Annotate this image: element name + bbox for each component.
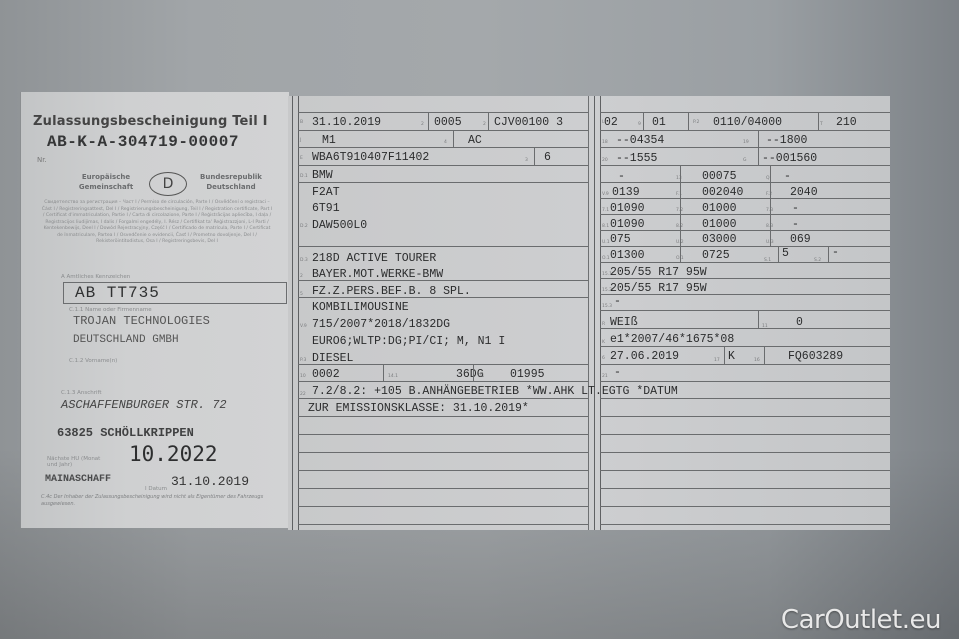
issue-date: 31.10.2019 <box>171 474 249 489</box>
rule <box>298 246 588 247</box>
rule <box>600 262 890 263</box>
rule <box>600 294 890 295</box>
rule <box>643 112 644 130</box>
rule <box>298 112 588 113</box>
owner-note: C.4c Der Inhaber der Zulassungsbescheini… <box>41 494 281 508</box>
license-plate: AB TT735 <box>75 284 160 302</box>
length: --04354 <box>616 134 664 147</box>
drive-axles: 01 <box>652 116 666 129</box>
rule <box>298 381 588 382</box>
drive-noise: 069 <box>790 233 811 246</box>
rule <box>534 147 535 165</box>
rule <box>600 165 890 166</box>
field-code: 9 <box>638 122 641 127</box>
max-speed: 210 <box>836 116 857 129</box>
caroutlet-watermark: CarOutlet.eu <box>781 605 941 635</box>
rule <box>298 165 588 166</box>
cert-letter: K <box>728 350 735 363</box>
country-oval-icon: D <box>149 172 187 196</box>
version: DAW500L0 <box>312 219 367 232</box>
remarks-line1: 7.2/8.2: +105 B.ANHÄNGEBETRIEB *WW.AHK L… <box>312 385 678 398</box>
rule <box>600 506 890 507</box>
trade-name: 218D ACTIVE TOURER <box>312 252 436 265</box>
field-code: E <box>300 156 303 161</box>
rule <box>600 381 890 382</box>
rule <box>473 364 474 381</box>
rule <box>383 364 384 381</box>
rule <box>600 524 890 525</box>
rule <box>600 328 890 329</box>
rule <box>600 96 601 530</box>
field-code: 16 <box>754 358 760 363</box>
field-code: R <box>602 322 605 327</box>
field-code: P.3 <box>300 358 306 363</box>
field-code: 2 <box>421 122 424 127</box>
date-label: I Datum <box>145 486 167 492</box>
vin: WBA6T910407F11402 <box>312 151 429 164</box>
rule <box>428 112 429 130</box>
firstname-label: C.1.2 Vorname(n) <box>69 358 117 364</box>
rule <box>298 434 588 435</box>
approval-date: 27.06.2019 <box>610 350 679 363</box>
field-code: 10 <box>300 374 306 379</box>
field-code: P.2 <box>693 120 699 125</box>
body-type: KOMBILIMOUSINE <box>312 301 409 314</box>
field-code: V.9 <box>602 192 609 197</box>
rule <box>778 246 779 262</box>
sound-rpm: 03000 <box>702 233 737 246</box>
rule <box>600 416 890 417</box>
document-number: AB-K-A-304719-00007 <box>47 133 239 151</box>
field-code: O.1 <box>602 256 610 261</box>
rule <box>600 346 890 347</box>
width: --1800 <box>766 134 807 147</box>
variant: 6T91 <box>312 202 340 215</box>
vin-check-digit: 6 <box>544 151 551 164</box>
displacement: 01995 <box>510 368 545 381</box>
type: F2AT <box>312 186 340 199</box>
cert-number: FQ603289 <box>788 350 843 363</box>
rule <box>600 278 890 279</box>
rule <box>298 398 588 399</box>
rule <box>600 130 890 131</box>
rule <box>298 524 588 525</box>
holder-label: C.1.1 Name oder Firmenname <box>69 307 152 313</box>
rule <box>600 364 890 365</box>
document-title: Zulassungsbescheinigung Teil I <box>33 114 268 129</box>
approval-number: e1*2007/46*1675*08 <box>610 333 734 346</box>
rule <box>298 364 588 365</box>
rule <box>688 112 689 130</box>
next-inspection: 10.2022 <box>129 442 218 466</box>
issuing-authority: MAINASCHAFF <box>45 474 111 485</box>
field-code: 6 <box>602 356 605 361</box>
field-code: 15.3 <box>602 304 612 309</box>
rule <box>298 470 588 471</box>
rule <box>600 310 890 311</box>
field-code: 19 <box>743 140 749 145</box>
rule <box>298 416 588 417</box>
plate-label: A Amtliches Kennzeichen <box>61 274 130 280</box>
manufacturer-key: 0005 <box>434 116 462 129</box>
field-code: T <box>820 122 823 127</box>
city: 63825 SCHÖLLKRIPPEN <box>57 426 194 440</box>
eu-label: Europäische Gemeinschaft <box>71 172 141 192</box>
rule <box>298 297 588 298</box>
tire-3: - <box>614 295 621 308</box>
field-code: Q <box>766 176 770 181</box>
rule <box>588 96 589 530</box>
rule <box>298 452 588 453</box>
rule <box>758 310 759 328</box>
rule <box>298 130 588 131</box>
rule <box>298 506 588 507</box>
rule <box>680 165 681 262</box>
field-code: J <box>300 138 301 143</box>
rule <box>758 130 759 165</box>
type-key: CJV00100 3 <box>494 116 563 129</box>
field-code: 8.1 <box>602 224 609 229</box>
remarks-line2: ZUR EMISSIONSKLASSE: 31.10.2019* <box>308 402 529 415</box>
inspection-label: Nächste HU (Monat und Jahr) <box>47 456 107 468</box>
rule <box>298 488 588 489</box>
rule <box>818 112 819 130</box>
rule <box>764 346 765 364</box>
axles: 02 <box>604 116 618 129</box>
holder-name-line2: DEUTSCHLAND GMBH <box>73 334 179 346</box>
field-code: U.1 <box>602 240 610 245</box>
rule <box>298 280 588 281</box>
rule <box>600 452 890 453</box>
make: BMW <box>312 169 333 182</box>
rule <box>828 246 829 262</box>
registration-card-left: Zulassungsbescheinigung Teil I AB-K-A-30… <box>20 92 289 528</box>
rule <box>600 398 890 399</box>
field-code: D.3 <box>300 258 308 263</box>
rule <box>600 230 890 231</box>
rule <box>600 488 890 489</box>
field-code: 20 <box>602 158 608 163</box>
field-code: B <box>300 120 303 125</box>
field-code: G <box>743 158 747 163</box>
emission-class: EURO6;WLTP:DG;PI/CI; M, N1 I <box>312 335 505 348</box>
rule <box>298 182 588 183</box>
field-code: 2 <box>483 122 486 127</box>
nr-label: Nr. <box>37 156 47 164</box>
rule <box>770 165 771 246</box>
multilingual-fineprint: Свидетелство за регистрация – Част I / P… <box>41 200 273 246</box>
field-code: 22 <box>300 392 306 397</box>
rule <box>600 147 890 148</box>
street-address: ASCHAFFENBURGER STR. 72 <box>61 398 227 412</box>
rule <box>298 96 299 530</box>
field-code: 4 <box>444 140 447 145</box>
rule <box>600 198 890 199</box>
rule <box>600 434 890 435</box>
body-code: AC <box>468 134 482 147</box>
fuel-code: 0002 <box>312 368 340 381</box>
rule <box>600 246 890 247</box>
holder-name-line1: TROJAN TECHNOLOGIES <box>73 314 210 328</box>
field-code: 14.1 <box>388 374 398 379</box>
rule <box>600 470 890 471</box>
field-code: K <box>602 340 605 345</box>
field-code: 3 <box>525 158 528 163</box>
rule <box>724 346 725 364</box>
sound-level: 075 <box>610 233 631 246</box>
rule <box>594 96 595 530</box>
field-code: 21 <box>602 374 608 379</box>
seats-count: 5 <box>782 247 789 260</box>
rule <box>298 147 588 148</box>
field-code: V.9 <box>300 324 307 329</box>
rule <box>453 130 454 147</box>
empty-mass: 01300 <box>610 249 645 262</box>
field-code: P.1 <box>478 374 484 379</box>
rule <box>600 182 890 183</box>
country-label: Bundesrepublik Deutschland <box>191 172 271 192</box>
wheelbase: --001560 <box>762 152 817 165</box>
rule <box>488 112 489 130</box>
standing-places: - <box>832 246 839 259</box>
field-code: D.1 <box>300 174 308 179</box>
field-code: 7.1 <box>602 208 609 213</box>
field-code: 18 <box>602 140 608 145</box>
rule <box>292 96 293 530</box>
first-registration: 31.10.2019 <box>312 116 381 129</box>
misc: - <box>614 366 621 379</box>
field-code: 2 <box>300 274 303 279</box>
vehicle-class: M1 <box>322 134 336 147</box>
height: --1555 <box>616 152 657 165</box>
trailer-unbraked: 0725 <box>702 249 730 262</box>
address-label: C.1.3 Anschrift <box>61 390 102 396</box>
emission-regulation: 715/2007*2018/1832DG <box>312 318 450 331</box>
rule <box>600 214 890 215</box>
field-code: 17 <box>714 358 720 363</box>
field-code: D.2 <box>300 224 308 229</box>
vehicle-data-form: B 31.10.2019 2 0005 2 CJV00100 3 J M1 4 … <box>288 96 890 530</box>
power-rpm: 0110/04000 <box>713 116 782 129</box>
